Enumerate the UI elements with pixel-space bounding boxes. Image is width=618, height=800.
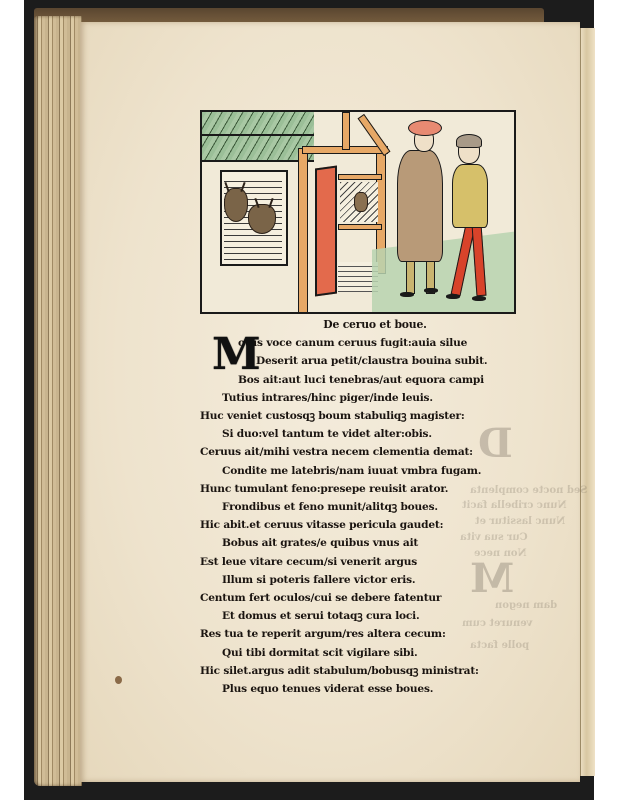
verse-line: Tutius intrares/hinc piger/inde leuis.: [200, 389, 520, 407]
roof-beam: [202, 134, 314, 136]
verse-line: Bobus ait grates/e quibus vnus ait: [200, 534, 520, 552]
stag-head-icon: [354, 192, 368, 212]
stable-beam: [338, 174, 382, 180]
verse-line: Illum si poteris fallere victor eris.: [200, 571, 520, 589]
verse-line: Huc veniet custosqꝫ boum stabuliqꝫ magis…: [200, 407, 520, 425]
pink-hat-icon: [408, 120, 442, 136]
verse-line: Res tua te reperit argum/res altera cecu…: [200, 625, 520, 643]
elder-figure: [397, 150, 443, 262]
stable-beam: [338, 224, 382, 230]
verse-line: Ceruus ait/mihi vestra necem clementia d…: [200, 443, 520, 461]
ox-head-icon: [248, 204, 276, 234]
ox-head-icon: [224, 188, 248, 222]
verse-line: Hic abit.et ceruus vitasse pericula gaud…: [200, 516, 520, 534]
verse-line: Frondibus et feno munit/alitqꝫ boues.: [200, 498, 520, 516]
green-ground: [372, 222, 516, 314]
verse-line: Centum fert oculos/cui se debere fatentu…: [200, 589, 520, 607]
page-gutter-edge: [580, 28, 595, 776]
page-fore-edges: [34, 16, 82, 786]
verse-line: Est leue vitare cecum/si venerit argus: [200, 553, 520, 571]
verse-line: Condite me latebris/nam iuuat vmbra fuga…: [200, 462, 520, 480]
red-stable-door: [315, 165, 337, 296]
verse-line: Hunc tumulant feno:presepe reuisit arato…: [200, 480, 520, 498]
decorated-initial: M: [212, 331, 246, 379]
verse-line: Si duo:vel tantum te videt alter:obis.: [200, 425, 520, 443]
verse-line: Plus equo tenues viderat esse boues.: [200, 680, 520, 698]
stable-pillar: [298, 148, 308, 314]
fable-text-block: De ceruo et boue. M otus voce canum ceru…: [200, 316, 520, 698]
verse-line: Qui tibi dormitat scit vigilare sibi.: [200, 644, 520, 662]
paper-stain: [115, 676, 122, 684]
woodcut-illustration: [200, 110, 516, 314]
verse-line: Et domus et serui totaqꝫ cura loci.: [200, 607, 520, 625]
youth-figure: [452, 164, 488, 228]
verse-line: Hic silet.argus adit stabulum/bobusqꝫ mi…: [200, 662, 520, 680]
